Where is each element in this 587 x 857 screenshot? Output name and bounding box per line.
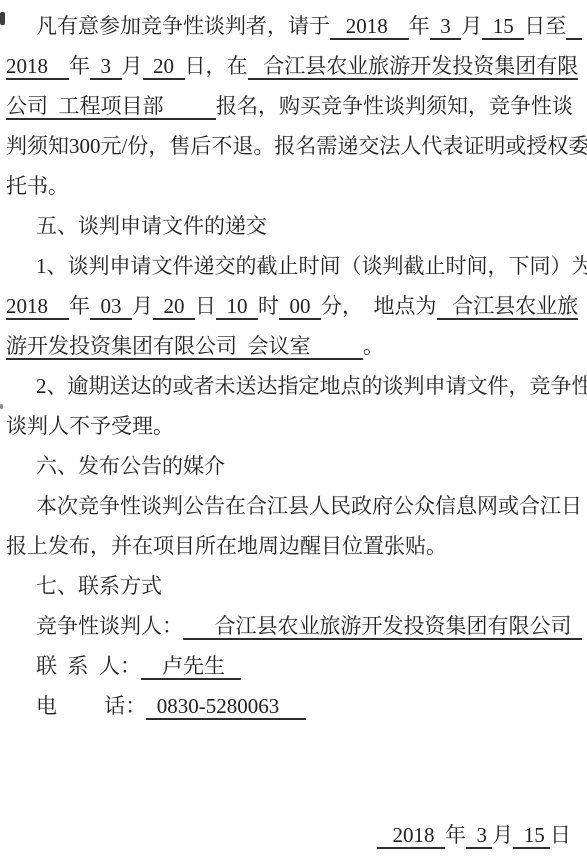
text-segment: 本次竞争性谈判公告在合江县人民政府公众信息网或合江日 [36, 494, 582, 518]
phone-line: 电 话： 0830-5280063 [6, 686, 581, 726]
document-date-line: 2018 年 3 月 15 日 [6, 815, 581, 855]
fill-in-field: 3 [430, 14, 462, 40]
registration-para-line-5: 托书。 [6, 166, 581, 206]
fill-in-field: 2018 [6, 54, 69, 80]
fill-in-field [566, 14, 582, 40]
registration-para-line-2: 2018 年 3 月 20 日，在 合江县农业旅游开发投资集团有限 [6, 46, 581, 86]
negotiator-line: 竞争性谈判人： 合江县农业旅游开发投资集团有限公司 [6, 606, 581, 646]
deadline-para-line-1: 1、谈判申请文件递交的截止时间（谈判截止时间，下同）为 [6, 246, 581, 286]
section-7-heading: 七、联系方式 [6, 566, 581, 606]
fill-in-field: 15 [513, 823, 550, 849]
fill-in-field: 卢先生 [141, 654, 241, 680]
registration-para-line-4: 判须知300元/份，售后不退。报名需递交法人代表证明或授权委 [6, 126, 581, 166]
media-para-line-1: 本次竞争性谈判公告在合江县人民政府公众信息网或合江日 [6, 486, 581, 526]
fill-in-field: 20 [153, 294, 195, 320]
text-segment: 年 [69, 294, 90, 318]
contact-person-line: 联 系 人： 卢先生 [6, 646, 581, 686]
text-segment: 2、逾期送达的或者未送达指定地点的谈判申请文件，竞争性 [36, 374, 587, 398]
text-segment: 电 话： [36, 694, 146, 718]
fill-in-field: 合江县农业旅游开发投资集团有限 [248, 54, 579, 80]
text-segment: 日至 [524, 14, 566, 38]
fill-in-field: 合江县农业旅 [437, 294, 579, 320]
text-segment: 联 系 人： [36, 654, 141, 678]
text-segment: 报上发布，并在项目所在地周边醒目位置张贴。 [6, 534, 447, 558]
fill-in-field: 20 [143, 54, 185, 80]
text-segment: 年 [69, 54, 90, 78]
text-segment: 月 [492, 823, 513, 847]
text-segment: 年 [409, 14, 430, 38]
fill-in-field: 合江县农业旅游开发投资集团有限公司 [183, 614, 582, 640]
fill-in-field: 15 [482, 14, 524, 40]
text-segment: 地点为 [363, 294, 437, 318]
fill-in-field: 2018 [6, 294, 69, 320]
text-segment: 1、谈判申请文件递交的截止时间（谈判截止时间，下同）为 [36, 254, 587, 278]
text-segment: 日，在 [185, 54, 248, 78]
fill-in-field: 3 [90, 54, 122, 80]
fill-in-field: 公司 工程项目部 [6, 94, 216, 120]
text-segment: 日 [195, 294, 216, 318]
late-delivery-line-1: 2、逾期送达的或者未送达指定地点的谈判申请文件，竞争性 [6, 366, 581, 406]
fill-in-field: 3 [466, 823, 492, 849]
scanned-document-page: 凡有意参加竞争性谈判者，请于 2018 年 3 月 15 日至 2018 年 3… [0, 0, 587, 857]
text-segment: 六、发布公告的媒介 [36, 454, 225, 478]
text-segment: 谈判人不予受理。 [6, 414, 174, 438]
section-5-heading: 五、谈判申请文件的递交 [6, 206, 581, 246]
text-segment: 日 [550, 823, 571, 847]
text-segment: 判须知300元/份，售后不退。报名需递交法人代表证明或授权委 [6, 134, 587, 158]
fill-in-field: 2018 [330, 14, 409, 40]
fill-in-field: 游开发投资集团有限公司 会议室 [6, 334, 363, 360]
media-para-line-2: 报上发布，并在项目所在地周边醒目位置张贴。 [6, 526, 581, 566]
fill-in-field: 0830-5280063 [146, 694, 305, 720]
section-6-heading: 六、发布公告的媒介 [6, 446, 581, 486]
text-segment: 月 [461, 14, 482, 38]
deadline-para-line-2: 2018 年 03 月 20 日 10 时 00 分， 地点为 合江县农业旅 [6, 286, 581, 326]
fill-in-field: 03 [90, 294, 132, 320]
registration-para-line-1: 凡有意参加竞争性谈判者，请于 2018 年 3 月 15 日至 [6, 6, 581, 46]
fill-in-field: 10 [216, 294, 258, 320]
text-segment: 凡有意参加竞争性谈判者，请于 [36, 14, 330, 38]
scan-artifact [0, 12, 5, 25]
late-delivery-line-2: 谈判人不予受理。 [6, 406, 581, 446]
fill-in-field: 2018 [377, 823, 445, 849]
registration-para-line-3: 公司 工程项目部 报名，购买竞争性谈判须知，竞争性谈 [6, 86, 581, 126]
text-segment: 七、联系方式 [36, 574, 162, 598]
text-segment: 。 [363, 334, 384, 358]
text-segment: 月 [132, 294, 153, 318]
document-body: 凡有意参加竞争性谈判者，请于 2018 年 3 月 15 日至 2018 年 3… [6, 6, 581, 855]
text-segment: 竞争性谈判人： [36, 614, 183, 638]
text-segment: 报名，购买竞争性谈判须知，竞争性谈 [216, 94, 573, 118]
text-segment: 分， [321, 294, 363, 318]
fill-in-field: 00 [279, 294, 321, 320]
deadline-para-line-3: 游开发投资集团有限公司 会议室 。 [6, 326, 581, 366]
text-segment: 时 [258, 294, 279, 318]
text-segment: 年 [445, 823, 466, 847]
scan-artifact [0, 404, 3, 409]
text-segment: 五、谈判申请文件的递交 [36, 214, 267, 238]
text-segment: 月 [122, 54, 143, 78]
text-segment: 托书。 [6, 174, 69, 198]
